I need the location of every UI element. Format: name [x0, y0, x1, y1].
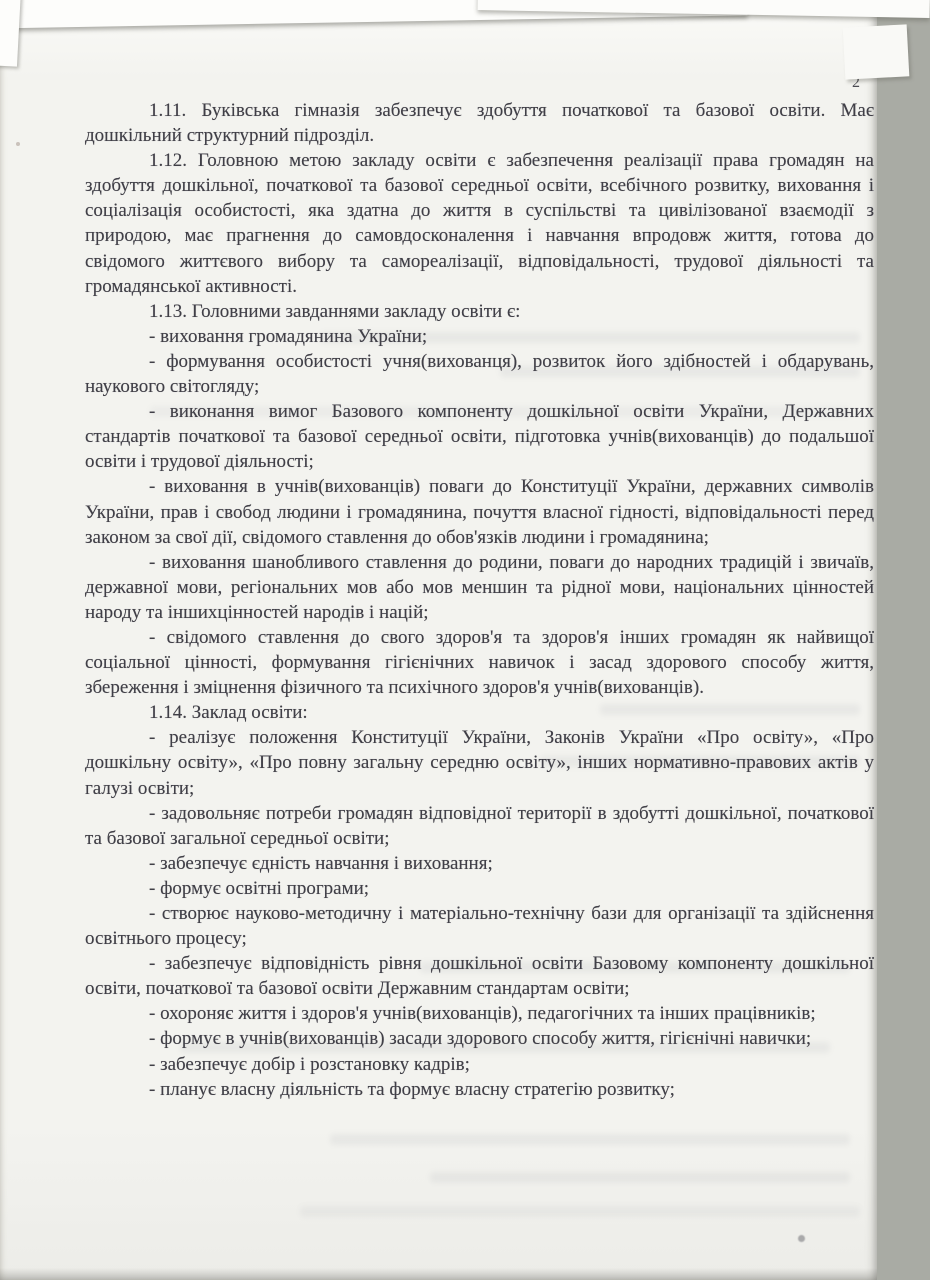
list-item: - охороняє життя і здоров'я учнів(вихова… [85, 1001, 874, 1026]
list-item: - задовольняє потреби громадян відповідн… [85, 801, 874, 851]
scan-speck-artifact [16, 142, 20, 146]
bleed-through-artifact [300, 1206, 860, 1217]
list-item: - виховання громадянина України; [85, 324, 874, 349]
list-item: - виховання шанобливого ставлення до род… [85, 550, 874, 625]
list-item: - забезпечує єдність навчання і вихованн… [85, 851, 874, 876]
paragraph: 1.11. Буківська гімназія забезпечує здоб… [85, 98, 874, 148]
list-item: - забезпечує добір і розстановку кадрів; [85, 1052, 874, 1077]
paragraph: 1.14. Заклад освіти: [85, 700, 874, 725]
bleed-through-artifact [430, 1172, 850, 1183]
paragraph: 1.12. Головною метою закладу освіти є за… [85, 148, 874, 299]
list-item: - виховання в учнів(вихованців) поваги д… [85, 474, 874, 549]
list-item: - створює науково-методичну і матеріальн… [85, 901, 874, 951]
bleed-through-artifact [330, 1134, 850, 1145]
sheet-corner-artifact [843, 24, 910, 79]
scan-speck-artifact [798, 1235, 805, 1242]
document-body: 1.11. Буківська гімназія забезпечує здоб… [85, 98, 874, 1102]
list-item: - виконання вимог Базового компоненту до… [85, 399, 874, 474]
list-item: - формування особистості учня(вихованця)… [85, 349, 874, 399]
list-item: - формує в учнів(вихованців) засади здор… [85, 1026, 874, 1051]
list-item: - свідомого ставлення до свого здоров'я … [85, 625, 874, 700]
list-item: - забезпечує відповідність рівня дошкіль… [85, 951, 874, 1001]
paragraph: 1.13. Головними завданнями закладу освіт… [85, 299, 874, 324]
list-item: - формує освітні програми; [85, 876, 874, 901]
list-item: - планує власну діяльність та формує вла… [85, 1077, 874, 1102]
page: 2 1.11. Буківська гімназія забезпечує зд… [0, 14, 877, 1280]
page-bottom-shadow [0, 1268, 877, 1280]
list-item: - реалізує положення Конституції України… [85, 725, 874, 800]
